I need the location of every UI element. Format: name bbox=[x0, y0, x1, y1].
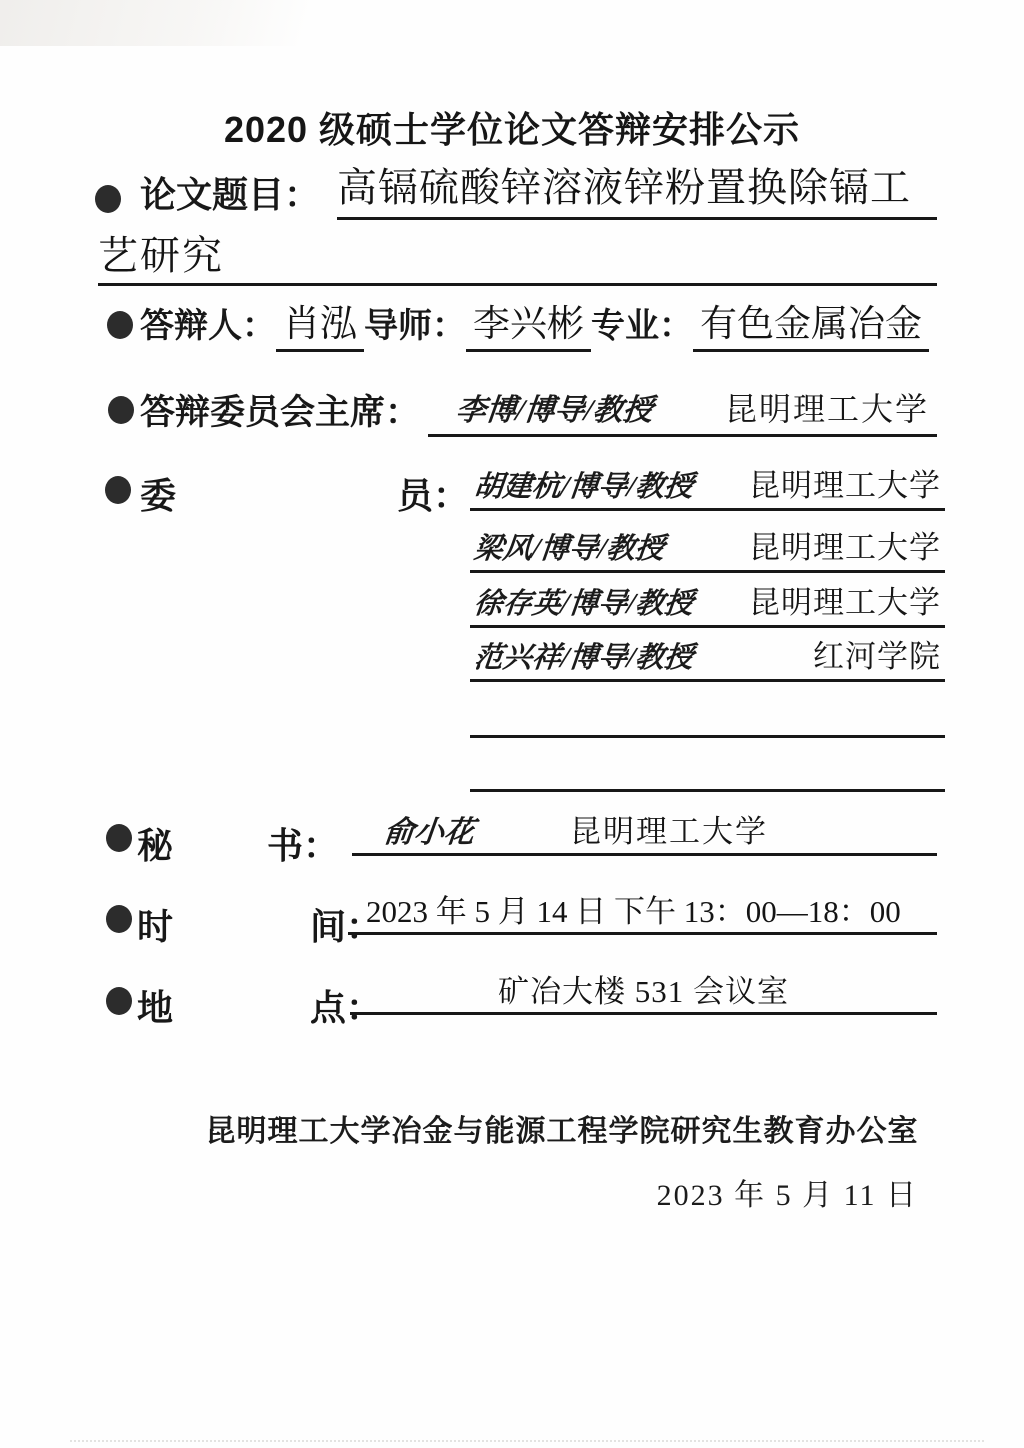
scan-smudge-artifact bbox=[0, 0, 360, 46]
bullet-icon bbox=[106, 824, 132, 852]
committee-chair-value: 李博/博导/教授 昆明理工大学 bbox=[428, 386, 937, 437]
bullet-icon bbox=[95, 185, 121, 213]
member-name-title: 梁风/博导/教授 bbox=[472, 527, 667, 571]
chair-affiliation: 昆明理工大学 bbox=[725, 386, 929, 432]
page-title: 2020 级硕士学位论文答辩安排公示 bbox=[0, 102, 1024, 153]
committee-member-row: 范兴祥/博导/教授 红河学院 bbox=[470, 635, 945, 682]
time-label-first: 时 bbox=[137, 899, 173, 950]
committee-member-row: 徐存英/博导/教授 昆明理工大学 bbox=[470, 581, 945, 628]
member-affiliation: 昆明理工大学 bbox=[749, 526, 941, 570]
secretary-affiliation: 昆明理工大学 bbox=[570, 814, 768, 849]
defender-name: 肖泓 bbox=[276, 300, 364, 352]
member-affiliation: 红河学院 bbox=[813, 635, 941, 679]
member-name-title: 胡建杭/博导/教授 bbox=[472, 465, 696, 509]
major-label: 专业： bbox=[591, 302, 693, 352]
thesis-title-label: 论文题目： bbox=[140, 167, 320, 218]
bullet-icon bbox=[106, 987, 132, 1015]
committee-member-row-empty bbox=[470, 745, 945, 792]
defender-row: 答辩人： 肖泓 导师： 李兴彬 专业： 有色金属冶金 bbox=[140, 300, 940, 352]
bullet-icon bbox=[106, 905, 132, 933]
advisor-label: 导师： bbox=[364, 302, 466, 352]
thesis-title-value-line2: 艺研究 bbox=[98, 229, 937, 286]
location-value: 矿冶大楼 531 会议室 bbox=[350, 972, 937, 1015]
chair-name-title: 李博/博导/教授 bbox=[454, 388, 656, 434]
secretary-label-first: 秘 bbox=[137, 818, 173, 869]
scanned-document-page: 2020 级硕士学位论文答辩安排公示 论文题目： 高镉硫酸锌溶液锌粉置换除镉工 … bbox=[0, 0, 1024, 1448]
secretary-label-second: 书： bbox=[267, 818, 339, 869]
secretary-value: 俞小花 昆明理工大学 bbox=[352, 810, 937, 856]
footer-office-name: 昆明理工大学冶金与能源工程学院研究生教育办公室 bbox=[200, 1106, 924, 1150]
committee-member-row: 胡建杭/博导/教授 昆明理工大学 bbox=[470, 464, 945, 511]
bullet-icon bbox=[107, 311, 133, 339]
member-affiliation: 昆明理工大学 bbox=[749, 464, 941, 508]
bullet-icon bbox=[105, 476, 131, 504]
advisor-name: 李兴彬 bbox=[466, 300, 591, 352]
bullet-icon bbox=[108, 396, 134, 424]
secretary-name: 俞小花 bbox=[382, 811, 477, 854]
committee-member-row-empty bbox=[470, 691, 945, 738]
defender-label: 答辩人： bbox=[140, 302, 276, 352]
member-name-title: 范兴祥/博导/教授 bbox=[472, 636, 696, 680]
committee-member-row: 梁风/博导/教授 昆明理工大学 bbox=[470, 526, 945, 573]
footer-date: 2023 年 5 月 11 日 bbox=[657, 1170, 918, 1214]
member-label-second: 员： bbox=[397, 468, 469, 519]
committee-chair-row: 答辩委员会主席： 李博/博导/教授 昆明理工大学 bbox=[140, 386, 937, 437]
member-name-title: 徐存英/博导/教授 bbox=[472, 582, 696, 626]
member-affiliation: 昆明理工大学 bbox=[749, 581, 941, 625]
member-label-first: 委 bbox=[140, 468, 176, 519]
committee-chair-label: 答辩委员会主席： bbox=[140, 389, 420, 437]
time-value: 2023 年 5 月 14 日 下午 13：00—18：00 bbox=[348, 891, 937, 935]
thesis-title-value-line1: 高镉硫酸锌溶液锌粉置换除镉工 bbox=[337, 159, 937, 220]
major-value: 有色金属冶金 bbox=[693, 300, 929, 352]
location-label-first: 地 bbox=[137, 980, 173, 1031]
scan-edge-artifact bbox=[70, 1440, 984, 1442]
